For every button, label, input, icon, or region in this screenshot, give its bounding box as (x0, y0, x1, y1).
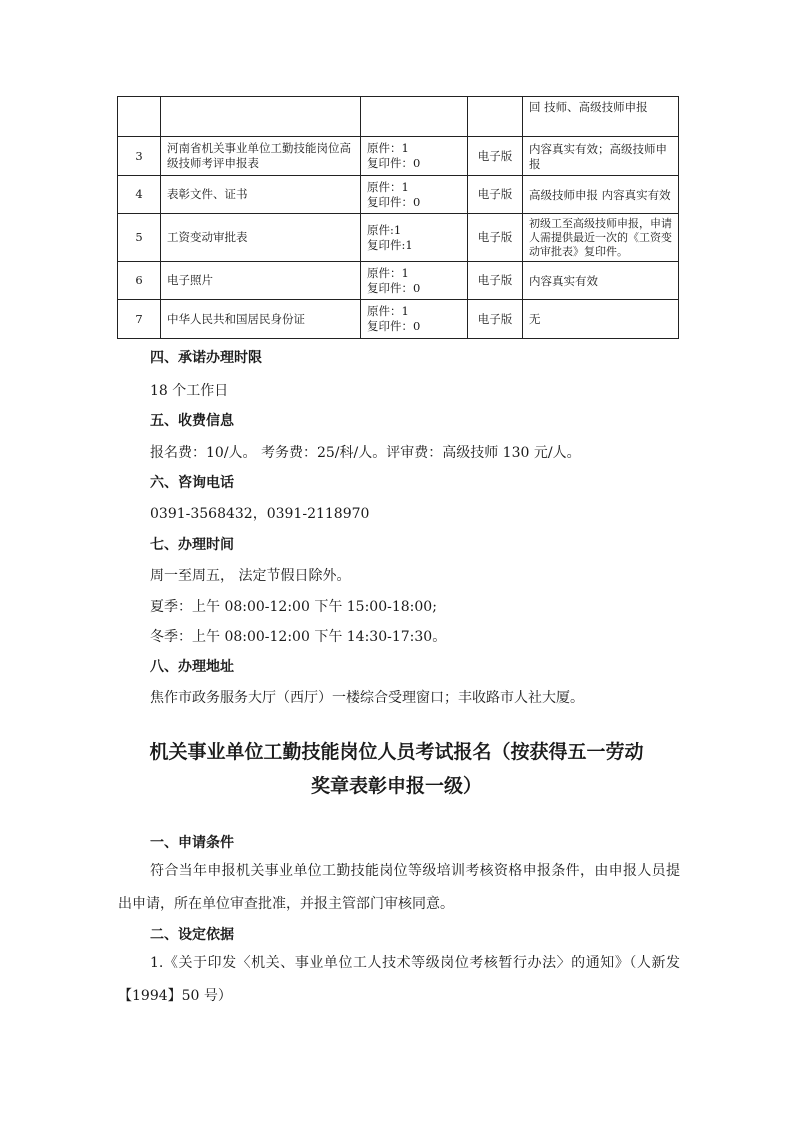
copies: 原件：1复印件：0 (361, 137, 468, 176)
material-format: 电子版 (468, 214, 523, 262)
copy-count: 复印件：0 (367, 195, 461, 210)
materials-table: 回 技师、高级技师申报 3 河南省机关事业单位工勤技能岗位高级技师考评申报表 原… (117, 96, 679, 339)
copies: 原件：1复印件：0 (361, 300, 468, 339)
original-count: 原件:1 (367, 223, 461, 238)
table-row: 3 河南省机关事业单位工勤技能岗位高级技师考评申报表 原件：1复印件：0 电子版… (118, 137, 679, 176)
section-heading-phone: 六、咨询电话 (150, 472, 234, 492)
section-heading-promise-time: 四、承诺办理时限 (150, 347, 262, 367)
item-title-line-1: 机关事业单位工勤技能岗位人员考试报名（按获得五一劳动 (0, 735, 793, 769)
original-count: 原件：1 (367, 180, 461, 195)
row-number: 6 (118, 262, 161, 300)
material-format: 电子版 (468, 262, 523, 300)
copies (361, 97, 468, 137)
material-note: 高级技师申报 内容真实有效 (523, 176, 679, 214)
address-text: 焦作市政务服务大厅（西厅）一楼综合受理窗口；丰收路市人社大厦。 (150, 687, 584, 707)
material-name: 电子照片 (161, 262, 361, 300)
original-count: 原件：1 (367, 266, 461, 281)
row-number: 5 (118, 214, 161, 262)
hours-line-1: 周一至周五， 法定节假日除外。 (150, 565, 350, 585)
table-row: 7 中华人民共和国居民身份证 原件：1复印件：0 电子版 无 (118, 300, 679, 339)
row-number: 3 (118, 137, 161, 176)
row-number: 4 (118, 176, 161, 214)
material-note: 无 (523, 300, 679, 339)
material-note: 内容真实有效；高级技师申报 (523, 137, 679, 176)
copies: 原件：1复印件：0 (361, 176, 468, 214)
table-row: 6 电子照片 原件：1复印件：0 电子版 内容真实有效 (118, 262, 679, 300)
fees-text: 报名费：10/人。 考务费：25/科/人。评审费：高级技师 130 元/人。 (150, 442, 581, 462)
copies: 原件：1复印件：0 (361, 262, 468, 300)
copy-count: 复印件：0 (367, 281, 461, 296)
material-note: 初级工至高级技师申报，申请人需提供最近一次的《工资变动审批表》复印件。 (523, 214, 679, 262)
material-format: 电子版 (468, 137, 523, 176)
material-format (468, 97, 523, 137)
conditions-text: 符合当年申报机关事业单位工勤技能岗位等级培训考核资格申报条件，由申报人员提出申请… (118, 855, 680, 921)
copy-count: 复印件：0 (367, 156, 461, 171)
material-format: 电子版 (468, 300, 523, 339)
table-row: 5 工资变动审批表 原件:1复印件:1 电子版 初级工至高级技师申报，申请人需提… (118, 214, 679, 262)
section-heading-conditions: 一、申请条件 (150, 832, 234, 852)
hours-line-summer: 夏季：上午 08:00-12:00 下午 15:00-18:00; (150, 596, 437, 616)
hours-line-winter: 冬季：上午 08:00-12:00 下午 14:30-17:30。 (150, 626, 446, 646)
material-name: 表彰文件、证书 (161, 176, 361, 214)
material-name: 中华人民共和国居民身份证 (161, 300, 361, 339)
section-heading-address: 八、办理地址 (150, 656, 234, 676)
basis-text: 1.《关于印发〈机关、事业单位工人技术等级岗位考核暂行办法〉的通知》（人新发【1… (118, 947, 680, 1013)
material-format: 电子版 (468, 176, 523, 214)
promise-time-text: 18 个工作日 (150, 380, 228, 400)
material-name (161, 97, 361, 137)
copy-count: 复印件：0 (367, 319, 461, 334)
phone-text: 0391-3568432，0391-2118970 (150, 503, 369, 523)
section-heading-basis: 二、设定依据 (150, 924, 234, 944)
table-row: 回 技师、高级技师申报 (118, 97, 679, 137)
material-note: 内容真实有效 (523, 262, 679, 300)
material-name: 工资变动审批表 (161, 214, 361, 262)
item-title-line-2: 奖章表彰申报一级） (0, 769, 793, 803)
copy-count: 复印件:1 (367, 238, 461, 253)
material-name: 河南省机关事业单位工勤技能岗位高级技师考评申报表 (161, 137, 361, 176)
copies: 原件:1复印件:1 (361, 214, 468, 262)
material-note: 回 技师、高级技师申报 (523, 97, 679, 137)
row-number: 7 (118, 300, 161, 339)
original-count: 原件：1 (367, 141, 461, 156)
row-number (118, 97, 161, 137)
section-heading-hours: 七、办理时间 (150, 534, 234, 554)
original-count: 原件：1 (367, 304, 461, 319)
table-row: 4 表彰文件、证书 原件：1复印件：0 电子版 高级技师申报 内容真实有效 (118, 176, 679, 214)
section-heading-fees: 五、收费信息 (150, 410, 234, 430)
